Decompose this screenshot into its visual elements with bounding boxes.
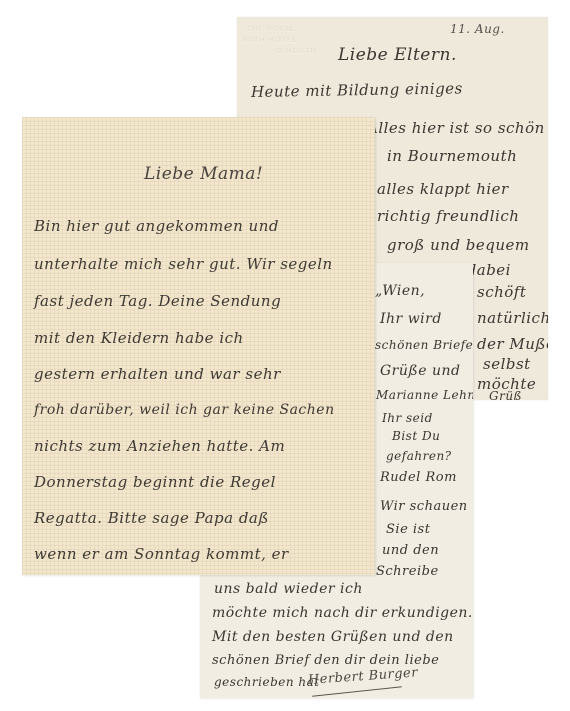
handwritten-line: Bin hier gut angekommen und bbox=[34, 217, 279, 235]
handwritten-line: Heute mit Bildung einiges bbox=[251, 79, 463, 101]
handwritten-line: Ihr wird bbox=[380, 311, 442, 327]
handwritten-line: uns bald wieder ich bbox=[214, 581, 363, 597]
handwritten-line: Grüß bbox=[489, 389, 522, 400]
handwritten-line: geschrieben hat bbox=[214, 675, 320, 689]
embossed-letterhead-line-2: BATH HOTEL bbox=[243, 36, 297, 45]
handwritten-line: Marianne Lehne bbox=[376, 388, 473, 402]
handwritten-line: alles klappt hier bbox=[377, 180, 509, 198]
handwritten-line: schöft bbox=[477, 283, 526, 301]
signature-flourish bbox=[312, 686, 402, 696]
letter-date: 11. Aug. bbox=[450, 22, 505, 36]
handwritten-line: Sie ist bbox=[386, 522, 430, 537]
handwritten-line: mit den Kleidern habe ich bbox=[34, 329, 244, 347]
handwritten-line: schönen Briefe bbox=[375, 338, 473, 352]
handwritten-line: der Muße bbox=[477, 335, 548, 353]
handwritten-line: groß und bequem bbox=[387, 236, 530, 254]
handwritten-line: natürlich bbox=[477, 309, 548, 327]
handwritten-line: fast jeden Tag. Deine Sendung bbox=[34, 292, 281, 310]
handwritten-line: gefahren? bbox=[386, 449, 452, 463]
letter-greeting: Liebe Eltern. bbox=[338, 45, 457, 65]
handwritten-line: in Bournemouth bbox=[387, 147, 517, 165]
handwritten-line: „Wien, bbox=[375, 283, 425, 299]
handwritten-line: unterhalte mich sehr gut. Wir segeln bbox=[34, 255, 333, 273]
handwritten-line: Schreibe bbox=[376, 564, 439, 579]
handwritten-line: froh darüber, weil ich gar keine Sachen bbox=[34, 402, 335, 418]
letter-greeting: Liebe Mama! bbox=[144, 164, 263, 184]
handwritten-line: Alles hier ist so schön viel bbox=[367, 119, 548, 137]
handwritten-line: wenn er am Sonntag kommt, er bbox=[34, 545, 289, 563]
handwritten-line: nichts zum Anziehen hatte. Am bbox=[34, 437, 285, 455]
handwritten-line: Mit den besten Grüßen und den bbox=[212, 629, 454, 645]
handwritten-line: Rudel Rom bbox=[380, 470, 457, 485]
handwritten-line: selbst bbox=[483, 355, 531, 373]
signature: Herbert Burger bbox=[307, 665, 418, 688]
handwritten-line: Grüße und bbox=[380, 363, 460, 379]
handwritten-line: Bist Du bbox=[392, 429, 440, 443]
handwritten-line: und den bbox=[382, 543, 439, 558]
handwritten-line: gestern erhalten und war sehr bbox=[34, 365, 281, 383]
letter-sheet-front-left: Liebe Mama! Bin hier gut angekommen und … bbox=[22, 117, 375, 575]
handwritten-line: richtig freundlich bbox=[377, 207, 519, 225]
handwritten-line: Ihr seid bbox=[382, 411, 433, 425]
handwritten-line: Donnerstag beginnt die Regel bbox=[34, 473, 276, 491]
embossed-letterhead-line-3: B'MOUTH bbox=[277, 47, 317, 56]
handwritten-line: Regatta. Bitte sage Papa daß bbox=[34, 509, 269, 527]
handwritten-line: möchte mich nach dir erkundigen. bbox=[212, 605, 473, 621]
embossed-letterhead-line-1: THE ROYAL bbox=[247, 25, 295, 34]
handwritten-line: Wir schauen bbox=[380, 499, 468, 514]
